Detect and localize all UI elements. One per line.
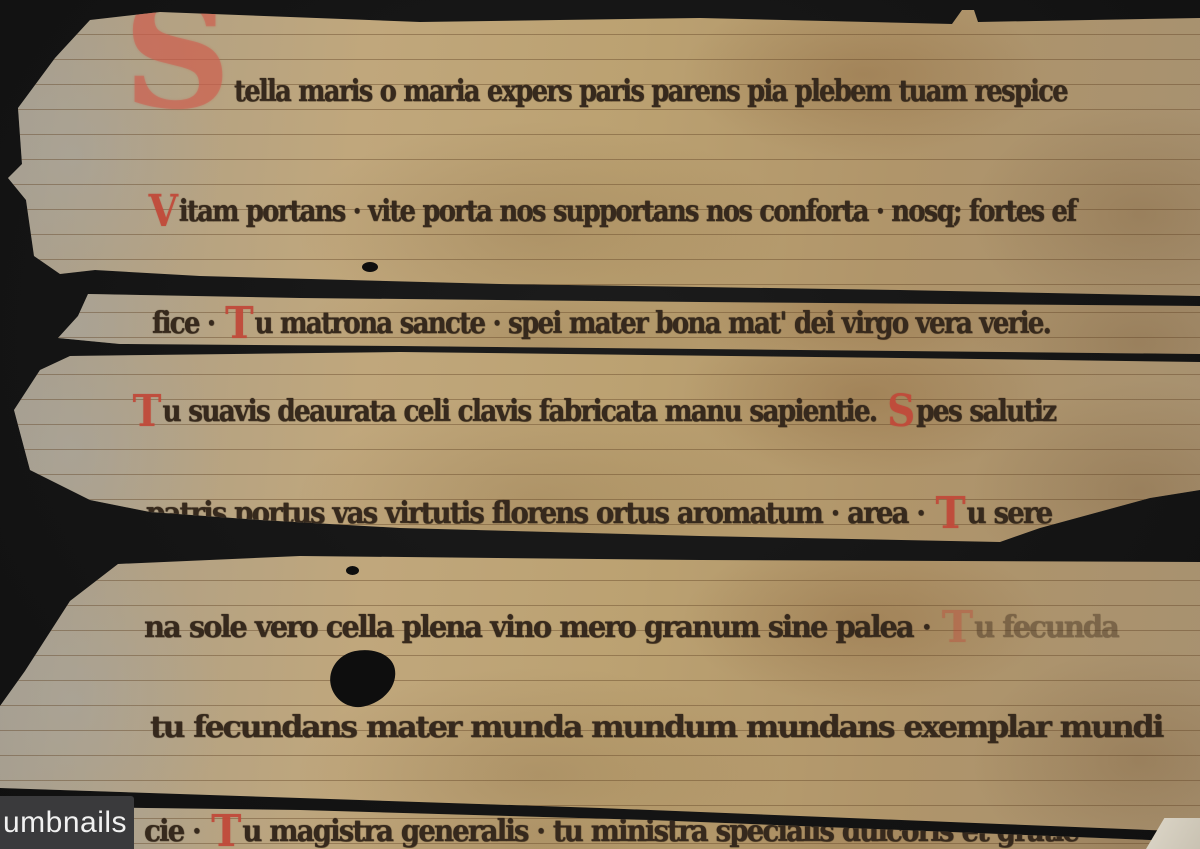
manuscript-text-line: tu fecundans mater munda mundum mundans … <box>150 710 1162 745</box>
ink-text: na sole vero cella plena vino mero granu… <box>144 610 939 645</box>
illuminated-initial-s: S <box>123 0 231 130</box>
thumbnails-button-label: umbnails <box>3 806 127 840</box>
parchment-strip: fice · Tu matrona sancte · spei mater bo… <box>0 288 1200 366</box>
ink-text: u fecunda <box>974 610 1118 645</box>
parchment-strip: Tu suavis deaurata celi clavis fabricata… <box>0 350 1200 552</box>
rubric-initial: T <box>130 386 162 437</box>
parchment-hole <box>325 644 401 712</box>
parchment-strip: S tella maris o maria expers paris paren… <box>0 10 1200 302</box>
manuscript-text-line: patris portus vas virtutis florens ortus… <box>146 488 1051 539</box>
manuscript-text-line: tella maris o maria expers paris parens … <box>234 74 1067 109</box>
ink-text: itam portans · vite porta nos supportans… <box>179 194 1076 229</box>
manuscript-text-line: fice · Tu matrona sancte · spei mater bo… <box>152 298 1050 349</box>
rubric-initial: T <box>939 602 974 653</box>
ink-text: cie · <box>144 814 208 849</box>
parchment-strip: na sole vero cella plena vino mero granu… <box>0 556 1200 848</box>
ink-text: u matrona sancte · spei mater bona mat' … <box>254 306 1050 341</box>
ink-text: pes salutiz <box>916 394 1055 429</box>
manuscript-text-line: Tu suavis deaurata celi clavis fabricata… <box>130 386 1055 437</box>
ink-text: u suavis deaurata celi clavis fabricata … <box>162 394 884 429</box>
thumbnails-button[interactable]: umbnails <box>0 796 134 849</box>
ink-text: patris portus vas virtutis florens ortus… <box>146 496 933 531</box>
parchment-hole <box>346 566 359 575</box>
ink-text: u sere <box>967 496 1052 531</box>
manuscript-viewer-canvas[interactable]: S tella maris o maria expers paris paren… <box>0 0 1200 849</box>
ink-text: tella maris o maria expers paris parens … <box>234 74 1067 109</box>
manuscript-text-line: Vitam portans · vite porta nos supportan… <box>146 186 1075 237</box>
rubric-initial: S <box>885 386 916 437</box>
ink-text: tu fecundans mater munda mundum mundans … <box>150 710 1162 745</box>
rubric-initial: V <box>146 186 179 237</box>
manuscript-text-line: na sole vero cella plena vino mero granu… <box>144 602 1118 653</box>
rubric-initial: T <box>222 298 254 349</box>
parchment-hole <box>362 262 378 272</box>
rubric-initial: T <box>208 806 242 849</box>
rubric-initial: T <box>933 488 967 539</box>
ink-text: fice · <box>152 306 222 341</box>
